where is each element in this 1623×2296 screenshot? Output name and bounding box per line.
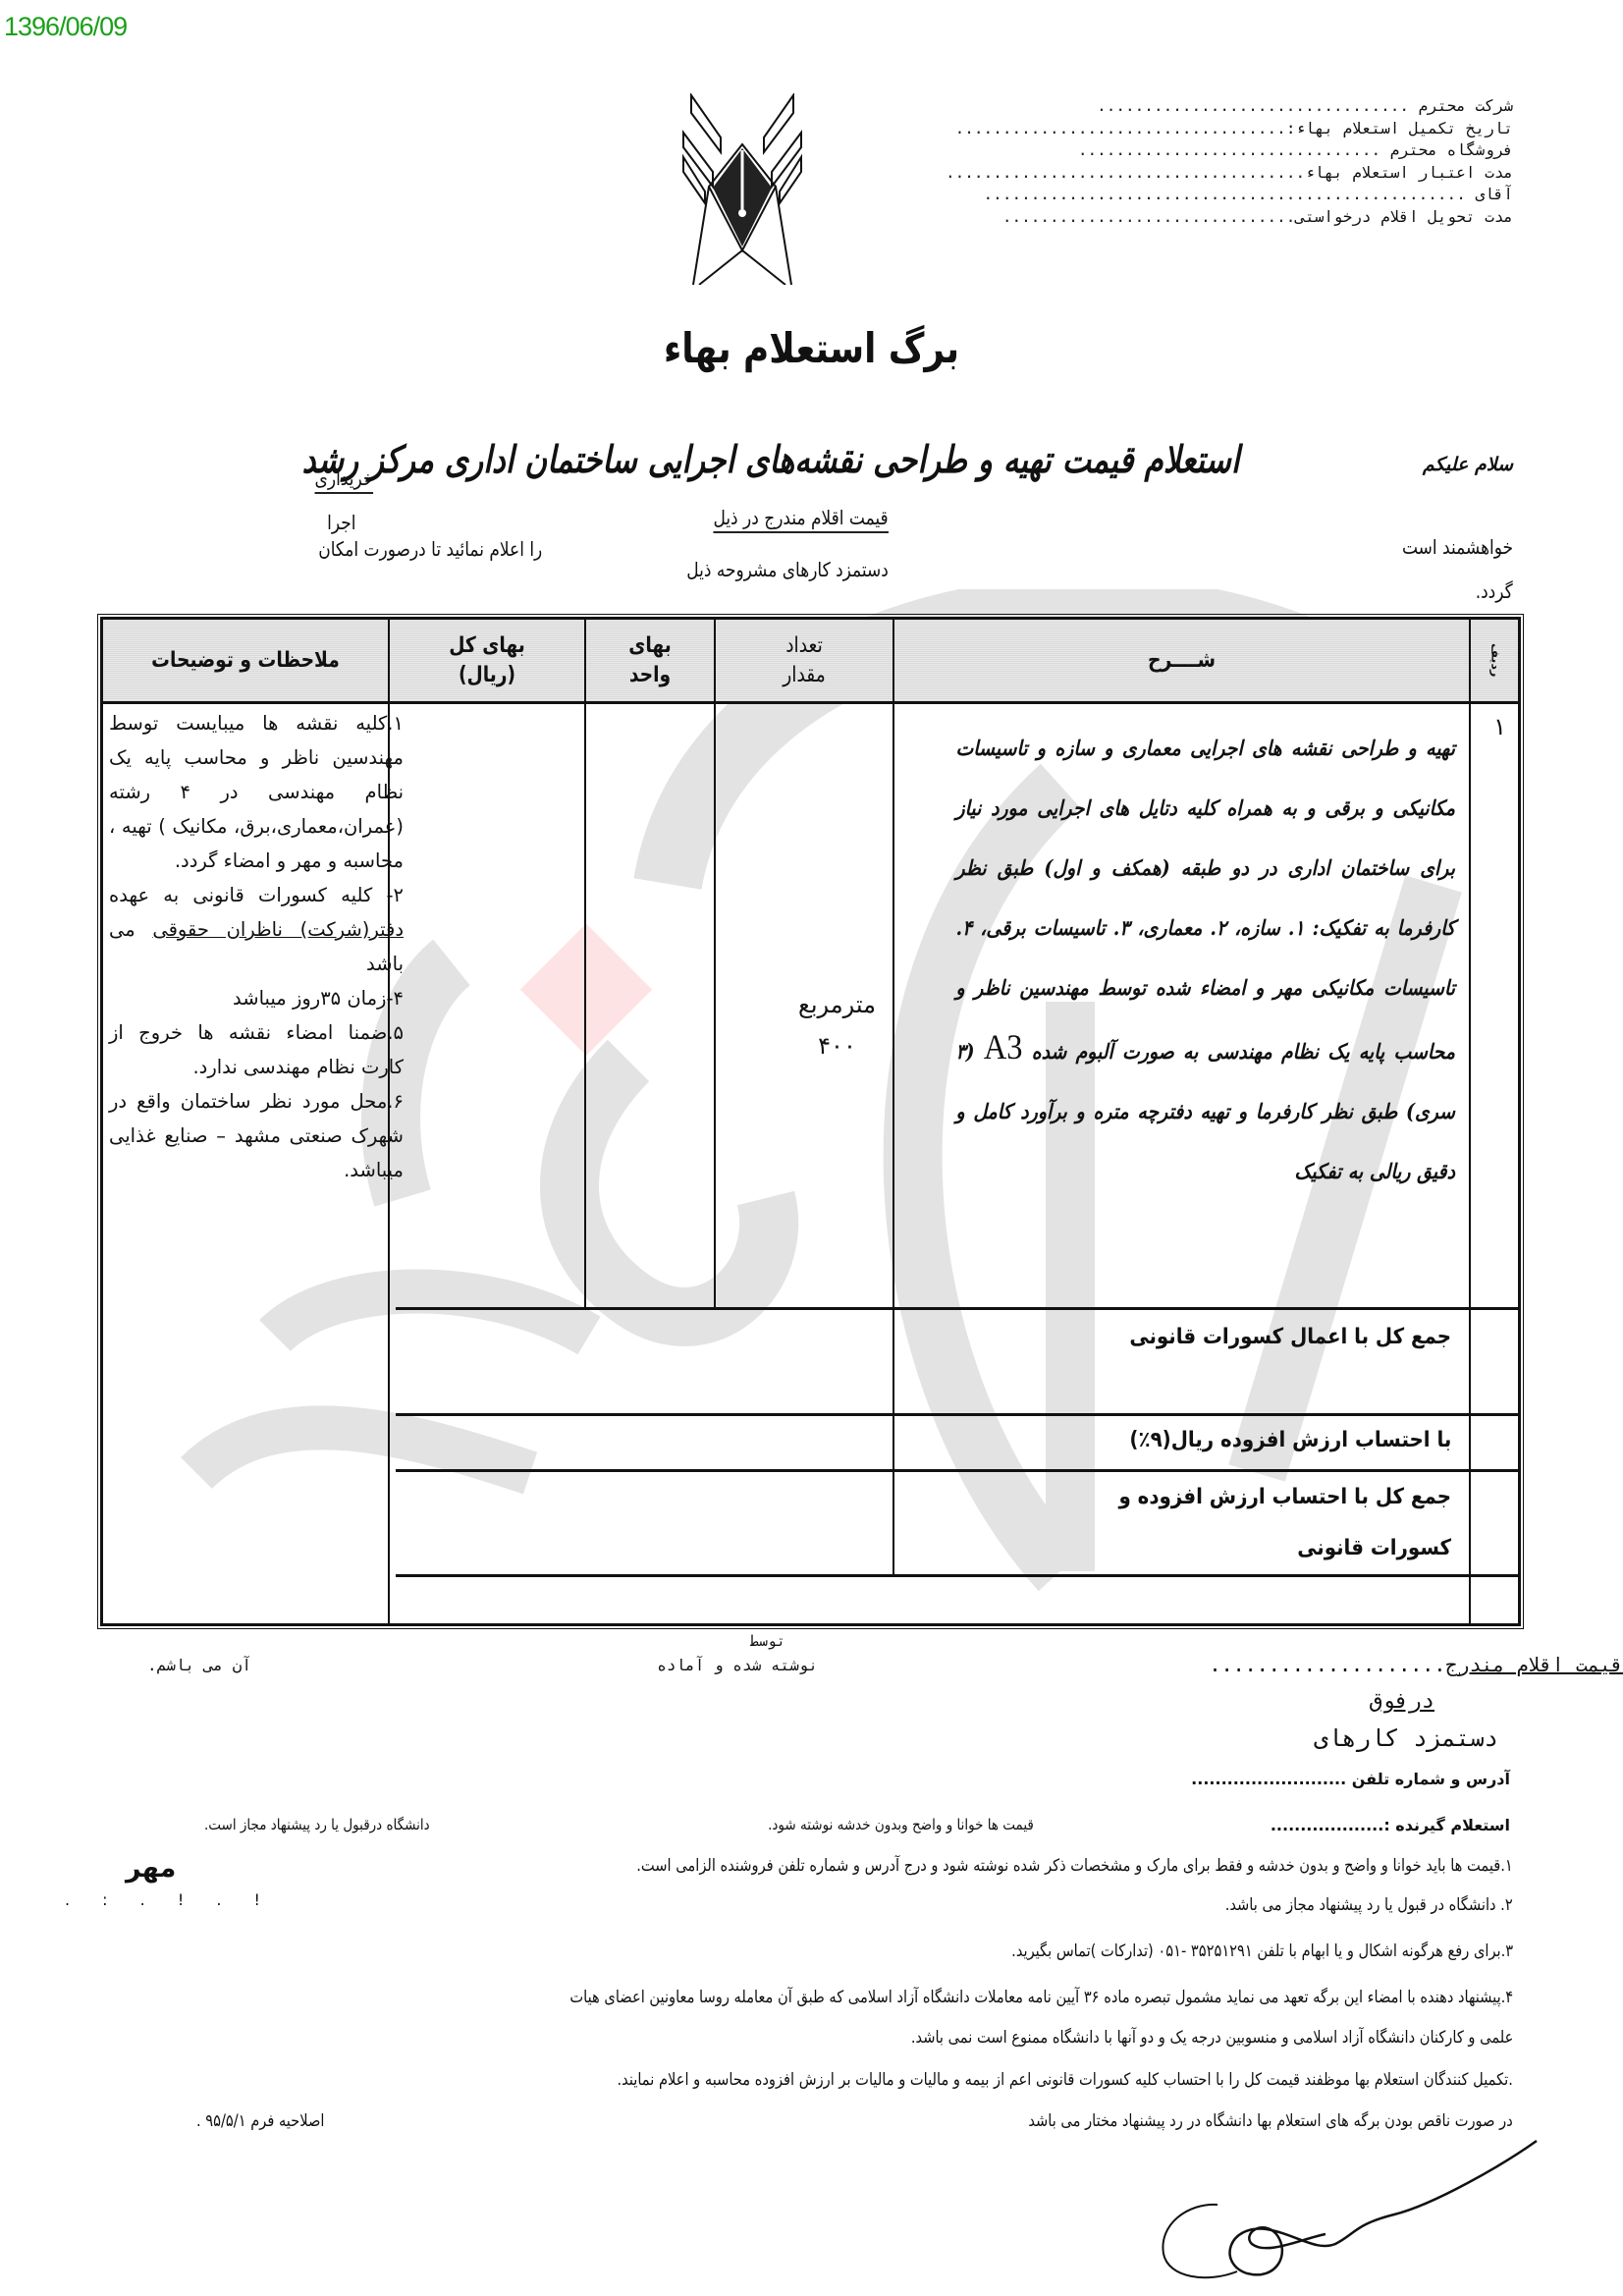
form-title: برگ استعلام بهاء (122, 324, 1501, 372)
header-description: شــــرح (938, 620, 1426, 701)
summary-vat: با احتساب ارزش افزوده ریال(۹٪) (1129, 1415, 1451, 1466)
signature-icon (1041, 2136, 1542, 2283)
field-company[interactable]: شرکت محترم .............................… (885, 95, 1513, 118)
price-inquiry-table: ردیف شــــرح تعدادمقدار بهایواحد بهای کل… (100, 617, 1521, 1626)
footer-rule-4: ۴.پیشنهاد دهنده با امضاء این برگه تعهد م… (569, 1988, 1513, 2007)
row-description: تهیه و طراحی نقشه های اجرایی معماری و سا… (956, 718, 1456, 1201)
header-row-number: ردیف (1475, 620, 1515, 701)
footer-rule-5: .تکمیل کنندگان استعلام بها موظفند قیمت ک… (618, 2070, 1513, 2090)
header-notes: ملاحظات و توضیحات (125, 620, 367, 701)
stamp-dots: . : . ! . ! (65, 1890, 274, 1909)
row-notes: ۱.کلیه نقشه ها میبایست توسط مهندسین ناظر… (109, 706, 404, 1187)
quantity-unit: مترمربع (751, 991, 923, 1018)
footer-rule-4-cont: علمی و کارکنان دانشگاه آزاد اسلامی و منس… (911, 2028, 1513, 2048)
footer-price-items: قیمت اقلام مندرج.................... (1210, 1653, 1623, 1676)
date-stamp: 1396/06/09 (4, 12, 127, 42)
quantity-value: ۴۰۰ (751, 1032, 923, 1060)
summary-grand-total: جمع کل با احتساب ارزش افزوده و کسورات قا… (1071, 1472, 1451, 1574)
university-emblem-icon (674, 93, 811, 285)
footer-above: درفوق (1370, 1689, 1434, 1714)
field-mister[interactable]: آقای ...................................… (885, 184, 1513, 206)
field-delivery-period[interactable]: مدت تحویل اقلام درخواستی................… (885, 206, 1513, 229)
divider (893, 620, 894, 1575)
divider (396, 1574, 1518, 1577)
summary-total-deductions-value[interactable] (398, 1310, 722, 1412)
note-deductions: ۲- کلیه کسورات قانونی به عهده دفتر(شرکت)… (109, 878, 404, 981)
intro-announce: را اعلام نمائید تا درصورت امکان (318, 537, 542, 561)
divider (1469, 620, 1471, 1623)
inquiry-subject: استعلام قیمت تهیه و طراحی نقشه‌های اجرای… (302, 437, 1240, 481)
stamp-label: مهر (126, 1853, 176, 1884)
footer-written-ready: نوشته شده و آماده (657, 1656, 818, 1674)
footer-rule-3: ۳.برای رفع هرگونه اشکال و یا ابهام با تل… (1011, 1941, 1513, 1961)
summary-vat-value[interactable] (398, 1416, 722, 1468)
footer-inquiry-recipient[interactable]: استعلام گیرنده :................... (1271, 1816, 1510, 1834)
field-validity[interactable]: مدت اعتبار استعلام بهاء.................… (885, 162, 1513, 185)
header-unit-price: بهایواحد (596, 620, 705, 701)
footer-wages: دستمزد کارهای (1314, 1724, 1498, 1752)
field-completion-date[interactable]: تاریخ تکمیل استعلام بهاء:...............… (885, 118, 1513, 140)
footer-rule-6: در صورت ناقص بودن برگه های استعلام بها د… (1029, 2111, 1513, 2131)
footer-note-university: دانشگاه درقبول یا رد پیشنهاد مجاز است. (204, 1816, 430, 1833)
greeting: سلام علیکم (1423, 454, 1513, 475)
divider (103, 701, 1518, 704)
footer-rule-2: ۲. دانشگاه در قبول یا رد پیشنهاد مجاز می… (1225, 1895, 1513, 1915)
footer-address-phone[interactable]: آدرس و شماره تلفن ......................… (1191, 1770, 1510, 1788)
intro-price-items: قیمت اقلام مندرج در ذیل (714, 506, 889, 533)
header-total-price: بهای کل(ریال) (405, 620, 569, 701)
total-price-cell[interactable] (398, 704, 590, 1305)
table-header: ردیف شــــرح تعدادمقدار بهایواحد بهای کل… (103, 620, 1518, 701)
footer-i-am: آن می باشم. (147, 1656, 251, 1674)
header-fields: شرکت محترم .............................… (885, 95, 1513, 228)
summary-total-deductions: جمع کل با اعمال کسورات قانونی (1129, 1312, 1451, 1363)
intro-works: دستمزد کارهای مشروحه ذیل (686, 558, 889, 581)
intro-purchase: خریداری (314, 466, 373, 494)
form-revision: اصلاحیه فرم ۹۵/۵/۱ . (196, 2111, 324, 2131)
field-store[interactable]: فروشگاه محترم ..........................… (885, 139, 1513, 162)
header-quantity: تعدادمقدار (730, 620, 880, 701)
intro-request: خواهشمند است (1402, 535, 1513, 559)
footer-note-legible: قیمت ها خوانا و واضح وبدون خدشه نوشته شو… (768, 1816, 1034, 1833)
intro-execute: اجرا (328, 511, 356, 534)
intro-end: گردد. (1476, 579, 1513, 603)
footer-rule-1: ۱.قیمت ها باید خوانا و واضح و بدون خدشه … (637, 1856, 1513, 1876)
footer-by: توسط (750, 1632, 785, 1650)
row-number: ۱ (1493, 713, 1506, 740)
summary-grand-total-value[interactable] (398, 1472, 722, 1573)
divider (714, 620, 716, 1307)
